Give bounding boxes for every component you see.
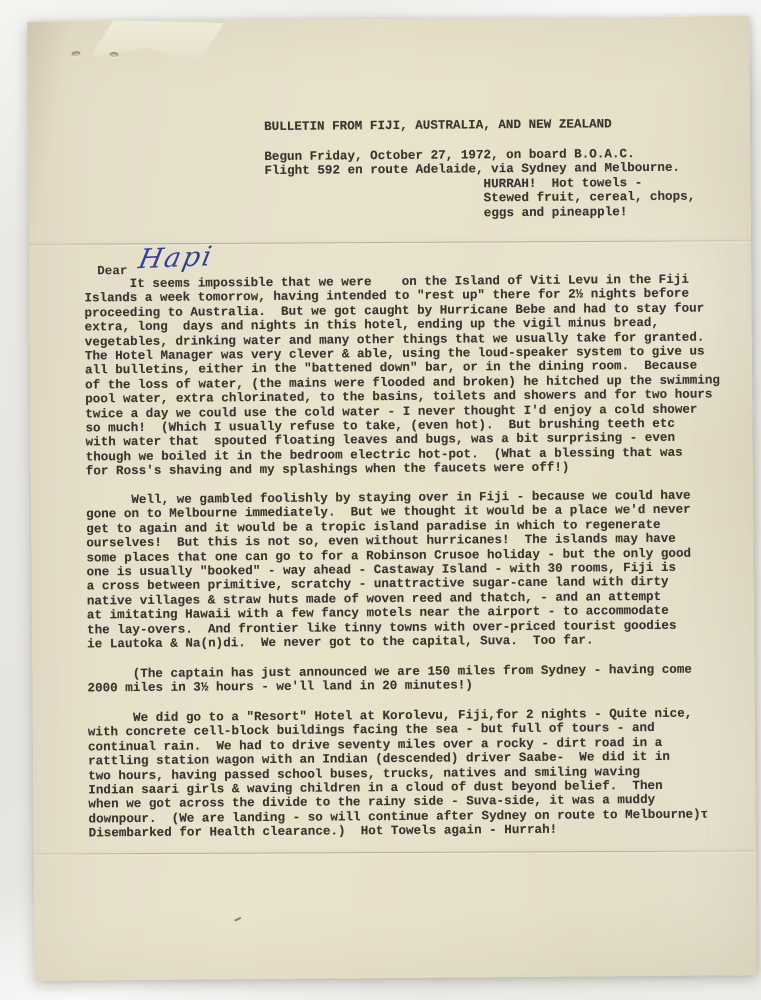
letter-page: BULLETIN FROM FIJI, AUSTRALIA, AND NEW Z… bbox=[27, 16, 757, 981]
fold-crease-bottom bbox=[34, 850, 756, 854]
paragraph-korolevu-resort: We did go to a "Resort" Hotel at Korolev… bbox=[88, 707, 709, 842]
letter-title: BULLETIN FROM FIJI, AUSTRALIA, AND NEW Z… bbox=[264, 117, 612, 134]
photo-background: BULLETIN FROM FIJI, AUSTRALIA, AND NEW Z… bbox=[0, 0, 761, 1000]
staple-hole bbox=[109, 52, 118, 58]
staple-hole bbox=[71, 51, 81, 57]
handwritten-name: Hapi bbox=[136, 241, 217, 275]
fold-crease-top bbox=[29, 240, 751, 245]
torn-corner bbox=[89, 19, 224, 68]
breakfast-note: HURRAH! Hot towels - Stewed fruit, cerea… bbox=[483, 176, 695, 221]
letter-dateline: Begun Friday, October 27, 1972, on board… bbox=[264, 147, 680, 179]
paragraph-captain-announcement: (The captain has just announced we are 1… bbox=[87, 663, 692, 697]
paragraph-fiji-hurricane: It seems impossible that we were on the … bbox=[84, 272, 720, 479]
paper-speck bbox=[234, 917, 241, 922]
paragraph-gambled-staying: Well, we gambled foolishly by staying ov… bbox=[86, 489, 692, 652]
